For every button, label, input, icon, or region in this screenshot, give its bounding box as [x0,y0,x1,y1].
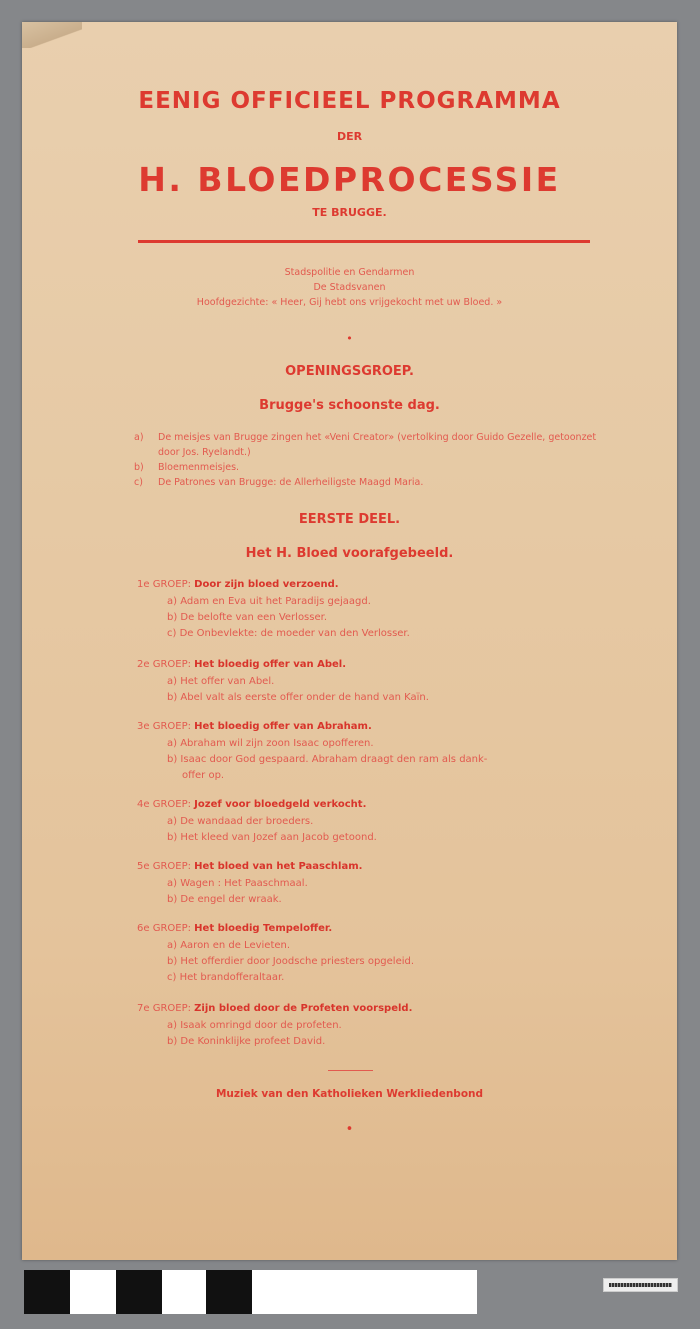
intro-block: Stadspolitie en Gendarmen De Stadsvanen … [22,265,677,310]
part1-subheading: Het H. Bloed voorafgebeeld. [22,546,677,561]
title-line-2: DER [22,130,677,143]
title-line-1: EENIG OFFICIEEL PROGRAMMA [22,88,677,114]
scale-block [70,1270,116,1314]
group-3: 3e GROEP: Het bloedig offer van Abraham.… [137,718,597,784]
group-2: 2e GROEP: Het bloedig offer van Abel. a)… [137,656,597,706]
intro-line: De Stadsvanen [22,280,677,295]
list-item: b)Bloemenmeisjes. [134,460,604,475]
barcode-icon [609,1283,672,1287]
folded-corner [22,22,82,48]
intro-line: Hoofdgezichte: « Heer, Gij hebt ons vrij… [22,295,677,310]
group-4: 4e GROEP: Jozef voor bloedgeld verkocht.… [137,796,597,846]
part1-heading: EERSTE DEEL. [22,512,677,527]
opening-heading: OPENINGSGROEP. [22,364,677,379]
scale-block [206,1270,252,1314]
end-bullet-icon: • [22,1122,677,1137]
title-rule [138,240,590,243]
scale-block [24,1270,70,1314]
footer-text: Muziek van den Katholieken Werkliedenbon… [22,1088,677,1100]
list-item: a)De meisjes van Brugge zingen het «Veni… [134,430,604,460]
group-6: 6e GROEP: Het bloedig Tempeloffer. a) Aa… [137,920,597,986]
opening-list: a)De meisjes van Brugge zingen het «Veni… [134,430,604,490]
group-5: 5e GROEP: Het bloed van het Paaschlam. a… [137,858,597,908]
scale-block [116,1270,162,1314]
footer-divider [328,1070,373,1071]
list-item: c)De Patrones van Brugge: de Allerheilig… [134,475,604,490]
barcode-label [603,1278,678,1292]
separator-bullet-icon: • [22,332,677,345]
main-title: H. BLOEDPROCESSIE [22,160,677,199]
opening-subheading: Brugge's schoonste dag. [22,398,677,413]
group-1: 1e GROEP: Door zijn bloed verzoend. a) A… [137,576,597,642]
program-sheet: EENIG OFFICIEEL PROGRAMMA DER H. BLOEDPR… [22,22,677,1260]
scale-block [162,1270,206,1314]
intro-line: Stadspolitie en Gendarmen [22,265,677,280]
scale-block [252,1270,477,1314]
title-location: TE BRUGGE. [22,206,677,219]
group-7: 7e GROEP: Zijn bloed door de Profeten vo… [137,1000,597,1050]
